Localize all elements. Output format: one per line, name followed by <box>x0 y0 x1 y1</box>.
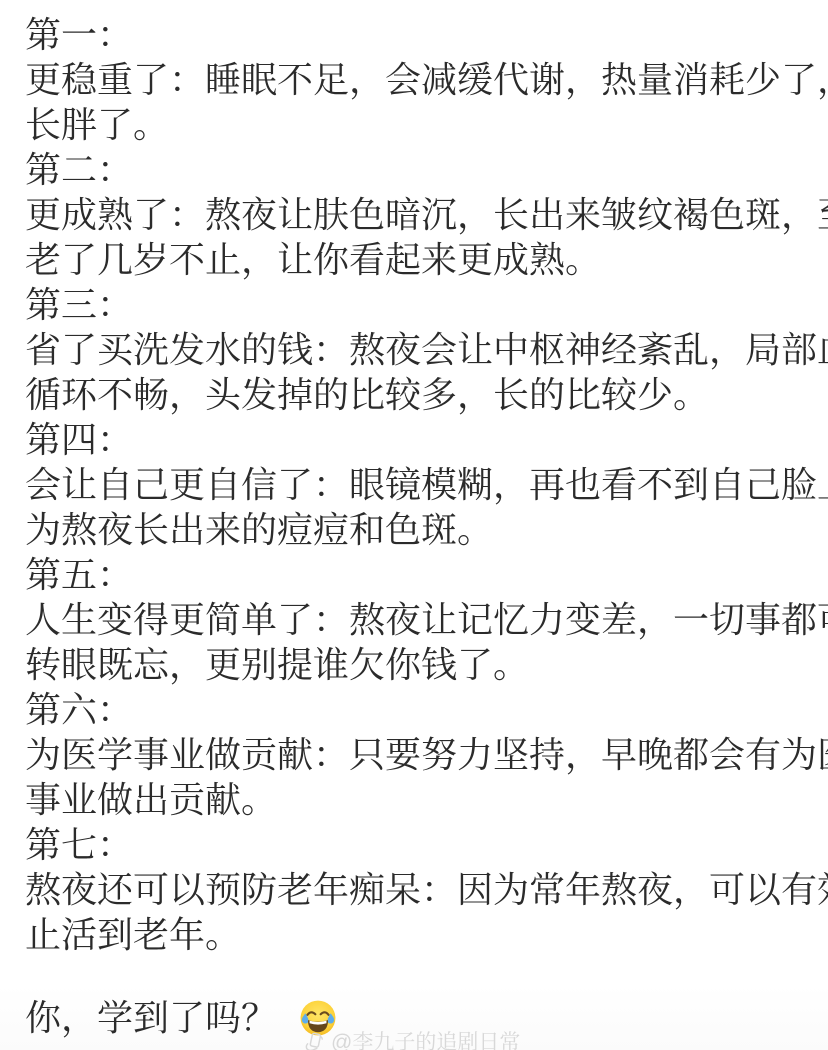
text-line: 更稳重了：睡眠不足，会减缓代谢，热量消耗少了，就 <box>25 57 810 102</box>
watermark-text: @李九子的追剧日常 <box>331 1031 520 1050</box>
text-line: 第一： <box>25 12 810 57</box>
text-line: 人生变得更简单了：熬夜让记忆力变差，一切事都可以 <box>25 597 810 642</box>
text-line: 更成熟了：熬夜让肤色暗沉，长出来皱纹褐色斑，至少 <box>25 192 810 237</box>
joke-list: 第一：更稳重了：睡眠不足，会减缓代谢，热量消耗少了，就长胖了。第二：更成熟了：熬… <box>25 12 810 957</box>
text-line: 循环不畅，头发掉的比较多，长的比较少。 <box>25 372 810 417</box>
text-line: 省了买洗发水的钱：熬夜会让中枢神经紊乱，局部血液 <box>25 327 810 372</box>
text-line: 为医学事业做贡献：只要努力坚持，早晚都会有为医学 <box>25 732 810 777</box>
text-line: 为熬夜长出来的痘痘和色斑。 <box>25 507 810 552</box>
text-line: 第六： <box>25 687 810 732</box>
text-line: 会让自己更自信了：眼镜模糊，再也看不到自己脸上因 <box>25 462 810 507</box>
text-line: 老了几岁不止，让你看起来更成熟。 <box>25 237 810 282</box>
text-line: 熬夜还可以预防老年痴呆：因为常年熬夜，可以有效阻 <box>25 867 810 912</box>
closing-line-row: 你，学到了吗？ <box>25 992 337 1038</box>
watermark: @李九子的追剧日常 <box>303 1031 520 1050</box>
text-line: 止活到老年。 <box>25 912 810 957</box>
text-line: 长胖了。 <box>25 102 810 147</box>
text-line: 第三： <box>25 282 810 327</box>
text-line: 转眼既忘，更别提谁欠你钱了。 <box>25 642 810 687</box>
text-line: 第四： <box>25 417 810 462</box>
hand-holding-phone-icon <box>303 1031 325 1050</box>
closing-text: 你，学到了吗？ <box>25 990 277 1041</box>
text-line: 事业做出贡献。 <box>25 777 810 822</box>
text-line: 第五： <box>25 552 810 597</box>
text-line: 第七： <box>25 822 810 867</box>
text-line: 第二： <box>25 147 810 192</box>
text-image-page: { "page": { "background": "#ffffff", "te… <box>0 0 828 1050</box>
